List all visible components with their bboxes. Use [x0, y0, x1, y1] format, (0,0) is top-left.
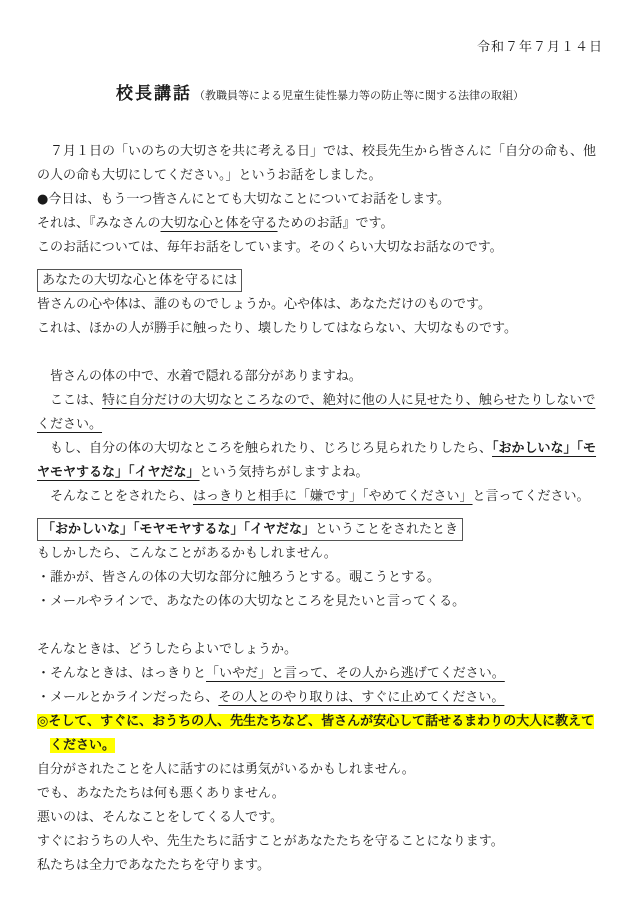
document-title-row: 校長講話（教職員等による児童生徒性暴力等の防止等に関する法律の取組） [37, 82, 603, 108]
section-heading-when: 「おかしいな」「モヤモヤするな」「イヤだな」ということをされたとき [37, 518, 603, 542]
text-segment: それは、『みなさんの [37, 216, 161, 231]
document-page: 令和７年７月１４日 校長講話（教職員等による児童生徒性暴力等の防止等に関する法律… [0, 0, 640, 905]
text-segment: ・メールとかラインだったら、 [37, 690, 218, 705]
blank-line [37, 614, 603, 638]
intro-paragraph-4: このお話については、毎年お話をしています。そのくらい大切なお話なのです。 [37, 236, 603, 260]
what-paragraph-3: でも、あなたたちは何も悪くありません。 [37, 782, 603, 806]
what-bullet-2: ・メールとかラインだったら、その人とのやり取りは、すぐに止めてください。 [37, 686, 603, 710]
what-bullet-1: ・そんなときは、はっきりと「いやだ」と言って、その人から逃げてください。 [37, 662, 603, 686]
document-date: 令和７年７月１４日 [37, 0, 603, 60]
what-paragraph-2: 自分がされたことを人に話すのには勇気がいるかもしれません。 [37, 758, 603, 782]
text-segment: もし、自分の体の大切なところを触られたり、じろじろ見られたりしたら、 [37, 441, 492, 456]
document-body: ７月１日の「いのちの大切さを共に考える日」では、校長先生から皆さんに「自分の命も… [37, 140, 603, 878]
what-paragraph-4: 悪いのは、そんなことをしてくる人です。 [37, 806, 603, 830]
protect-paragraph-2: これは、ほかの人が勝手に触ったり、壊したりしてはならない、大切なものです。 [37, 317, 603, 341]
boxed-heading: 「おかしいな」「モヤモヤするな」「イヤだな」ということをされたとき [37, 518, 463, 541]
text-segment: ということをされたとき [315, 522, 458, 537]
bold-text: 「おかしいな」「モヤモヤするな」「イヤだな」 [42, 522, 315, 537]
intro-paragraph-1: ７月１日の「いのちの大切さを共に考える日」では、校長先生から皆さんに「自分の命も… [37, 140, 603, 188]
highlighted-text: ◎そして、すぐに、おうちの人、先生たちなど、皆さんが安心して話せるまわりの大人に… [37, 714, 594, 753]
text-segment: ここは、 [37, 393, 102, 408]
blank-line [37, 341, 603, 365]
protect-paragraph-4: ここは、特に自分だけの大切なところなので、絶対に他の人に見せたり、触らせたりしな… [37, 389, 603, 437]
protect-paragraph-1: 皆さんの心や体は、誰のものでしょうか。心や体は、あなただけのものです。 [37, 293, 603, 317]
text-segment: そんなことをされたら、 [37, 489, 193, 504]
intro-paragraph-2: ●今日は、もう一つ皆さんにとても大切なことについてお話をします。 [37, 188, 603, 212]
text-segment: という気持ちがしますよね。 [200, 465, 369, 480]
protect-paragraph-5: もし、自分の体の大切なところを触られたり、じろじろ見られたりしたら、「おかしいな… [37, 437, 603, 485]
boxed-heading: あなたの大切な心と体を守るには [37, 269, 242, 292]
document-title: 校長講話 [116, 84, 192, 104]
what-paragraph-1: そんなときは、どうしたらよいでしょうか。 [37, 638, 603, 662]
protect-paragraph-3: 皆さんの体の中で、水着で隠れる部分がありますね。 [37, 365, 603, 389]
what-paragraph-6: 私たちは全力であなたたちを守ります。 [37, 854, 603, 878]
text-segment: ・そんなときは、はっきりと [37, 666, 206, 681]
section-heading-protect: あなたの大切な心と体を守るには [37, 269, 603, 293]
protect-paragraph-6: そんなことをされたら、はっきりと相手に「嫌です」「やめてください」と言ってくださ… [37, 485, 603, 509]
underlined-text: 「いやだ」と言って、その人から逃げてください。 [206, 666, 505, 681]
text-segment: と言ってください。 [473, 489, 590, 504]
highlighted-paragraph: ◎そして、すぐに、おうちの人、先生たちなど、皆さんが安心して話せるまわりの大人に… [37, 710, 603, 758]
document-title-note: （教職員等による児童生徒性暴力等の防止等に関する法律の取組） [194, 89, 524, 102]
when-bullet-1: ・誰かが、皆さんの体の大切な部分に触ろうとする。覗こうとする。 [37, 566, 603, 590]
when-paragraph-1: もしかしたら、こんなことがあるかもしれません。 [37, 542, 603, 566]
underlined-text: その人とのやり取りは、すぐに止めてください。 [218, 690, 504, 705]
intro-paragraph-3: それは、『みなさんの大切な心と体を守るためのお話』です。 [37, 212, 603, 236]
underlined-text: はっきりと相手に「嫌です」「やめてください」 [193, 489, 473, 504]
text-segment: ためのお話』です。 [278, 216, 394, 231]
what-paragraph-5: すぐにおうちの人や、先生たちに話すことがあなたたちを守ることになります。 [37, 830, 603, 854]
when-bullet-2: ・メールやラインで、あなたの体の大切なところを見たいと言ってくる。 [37, 590, 603, 614]
underlined-text: 大切な心と体を守る [161, 216, 278, 231]
underlined-text: 特に自分だけの大切なところなので、絶対に他の人に見せたり、触らせたりしないでくだ… [37, 393, 595, 432]
